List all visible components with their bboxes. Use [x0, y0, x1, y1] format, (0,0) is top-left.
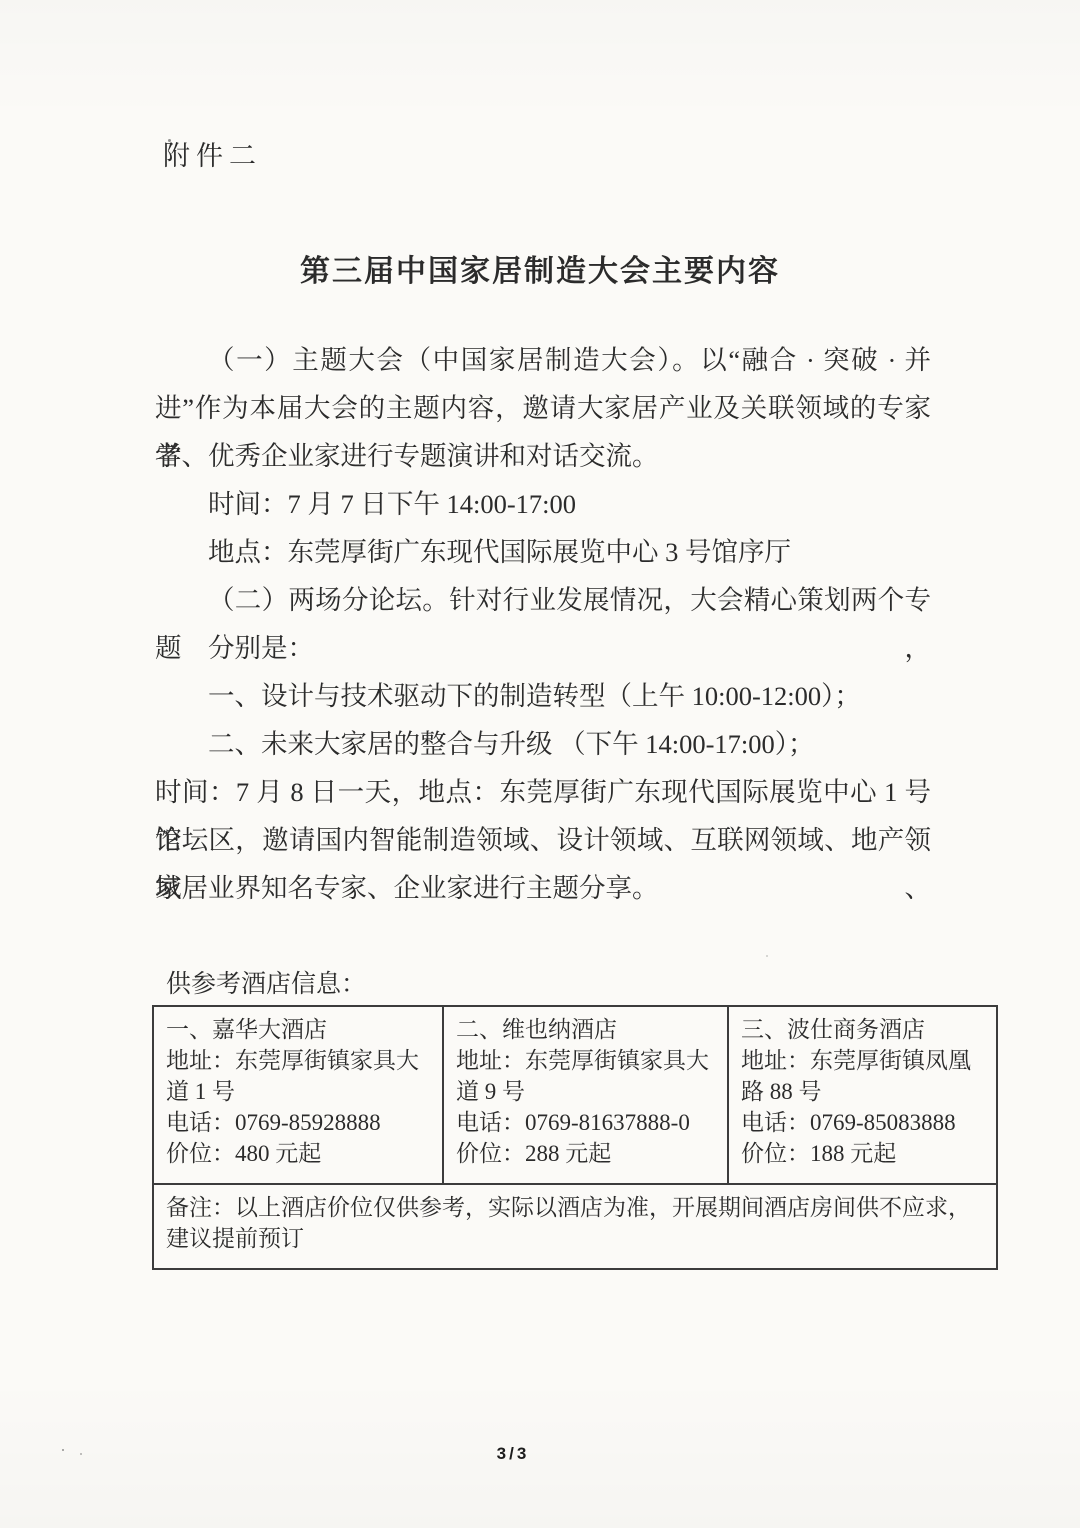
hotel-1-name: 一、嘉华大酒店 — [166, 1014, 432, 1045]
document-title: 第三届中国家居制造大会主要内容 — [0, 246, 1080, 290]
hotel-2-phone: 电话：0769-81637888-0 — [456, 1107, 717, 1138]
hotel-2-address: 地址：东莞厚街镇家具大道 9 号 — [456, 1045, 717, 1107]
body-line-4: 时间：7 月 7 日下午 14:00-17:00 — [155, 480, 931, 528]
hotel-3-price: 价位：188 元起 — [741, 1138, 986, 1169]
hotel-3-address: 地址：东莞厚街镇凤凰路 88 号 — [741, 1045, 986, 1107]
hotel-1-phone: 电话：0769-85928888 — [166, 1107, 432, 1138]
body-line-2: 进”作为本届大会的主题内容，邀请大家居产业及关联领域的专家学 — [155, 384, 931, 432]
attachment-label: 附件二 — [163, 134, 262, 173]
hotel-row: 一、嘉华大酒店 地址：东莞厚街镇家具大道 1 号 电话：0769-8592888… — [153, 1006, 997, 1184]
body-line-1: （一）主题大会（中国家居制造大会）。以“融合 · 突破 · 并 — [155, 336, 931, 384]
hotel-info-label: 供参考酒店信息： — [166, 964, 366, 1000]
body-line-6: （二）两场分论坛。针对行业发展情况，大会精心策划两个专题， — [155, 576, 931, 624]
document-body: （一）主题大会（中国家居制造大会）。以“融合 · 突破 · 并 进”作为本届大会… — [155, 336, 931, 912]
body-line-9: 二、未来大家居的整合与升级 （下午 14:00-17:00）； — [155, 720, 931, 768]
hotel-cell-2: 二、维也纳酒店 地址：东莞厚街镇家具大道 9 号 电话：0769-8163788… — [443, 1006, 728, 1184]
body-line-10: 时间：7 月 8 日一天，地点：东莞厚街广东现代国际展览中心 1 号馆 — [155, 768, 931, 816]
hotel-1-price: 价位：480 元起 — [166, 1138, 432, 1169]
page-number: 3/3 — [0, 1444, 1026, 1464]
hotel-cell-3: 三、波仕商务酒店 地址：东莞厚街镇凤凰路 88 号 电话：0769-850838… — [728, 1006, 997, 1184]
hotel-table: 一、嘉华大酒店 地址：东莞厚街镇家具大道 1 号 电话：0769-8592888… — [152, 1005, 998, 1270]
body-line-3: 者、优秀企业家进行专题演讲和对话交流。 — [155, 432, 931, 480]
hotel-3-name: 三、波仕商务酒店 — [741, 1014, 986, 1045]
body-line-11: 论坛区，邀请国内智能制造领域、设计领域、互联网领域、地产领域、 — [155, 816, 931, 864]
hotel-1-address: 地址：东莞厚街镇家具大道 1 号 — [166, 1045, 432, 1107]
hotel-2-price: 价位：288 元起 — [456, 1138, 717, 1169]
remark-cell: 备注：以上酒店价位仅供参考，实际以酒店为准，开展期间酒店房间供不应求，建议提前预… — [153, 1184, 997, 1269]
scanned-document-page: 附件二 第三届中国家居制造大会主要内容 （一）主题大会（中国家居制造大会）。以“… — [0, 0, 1080, 1528]
scan-speck — [766, 955, 768, 957]
hotel-3-phone: 电话：0769-85083888 — [741, 1107, 986, 1138]
remark-row: 备注：以上酒店价位仅供参考，实际以酒店为准，开展期间酒店房间供不应求，建议提前预… — [153, 1184, 997, 1269]
hotel-2-name: 二、维也纳酒店 — [456, 1014, 717, 1045]
hotel-cell-1: 一、嘉华大酒店 地址：东莞厚街镇家具大道 1 号 电话：0769-8592888… — [153, 1006, 443, 1184]
body-line-8: 一、设计与技术驱动下的制造转型（上午 10:00-12:00）； — [155, 672, 931, 720]
body-line-5: 地点：东莞厚街广东现代国际展览中心 3 号馆序厅 — [155, 528, 931, 576]
